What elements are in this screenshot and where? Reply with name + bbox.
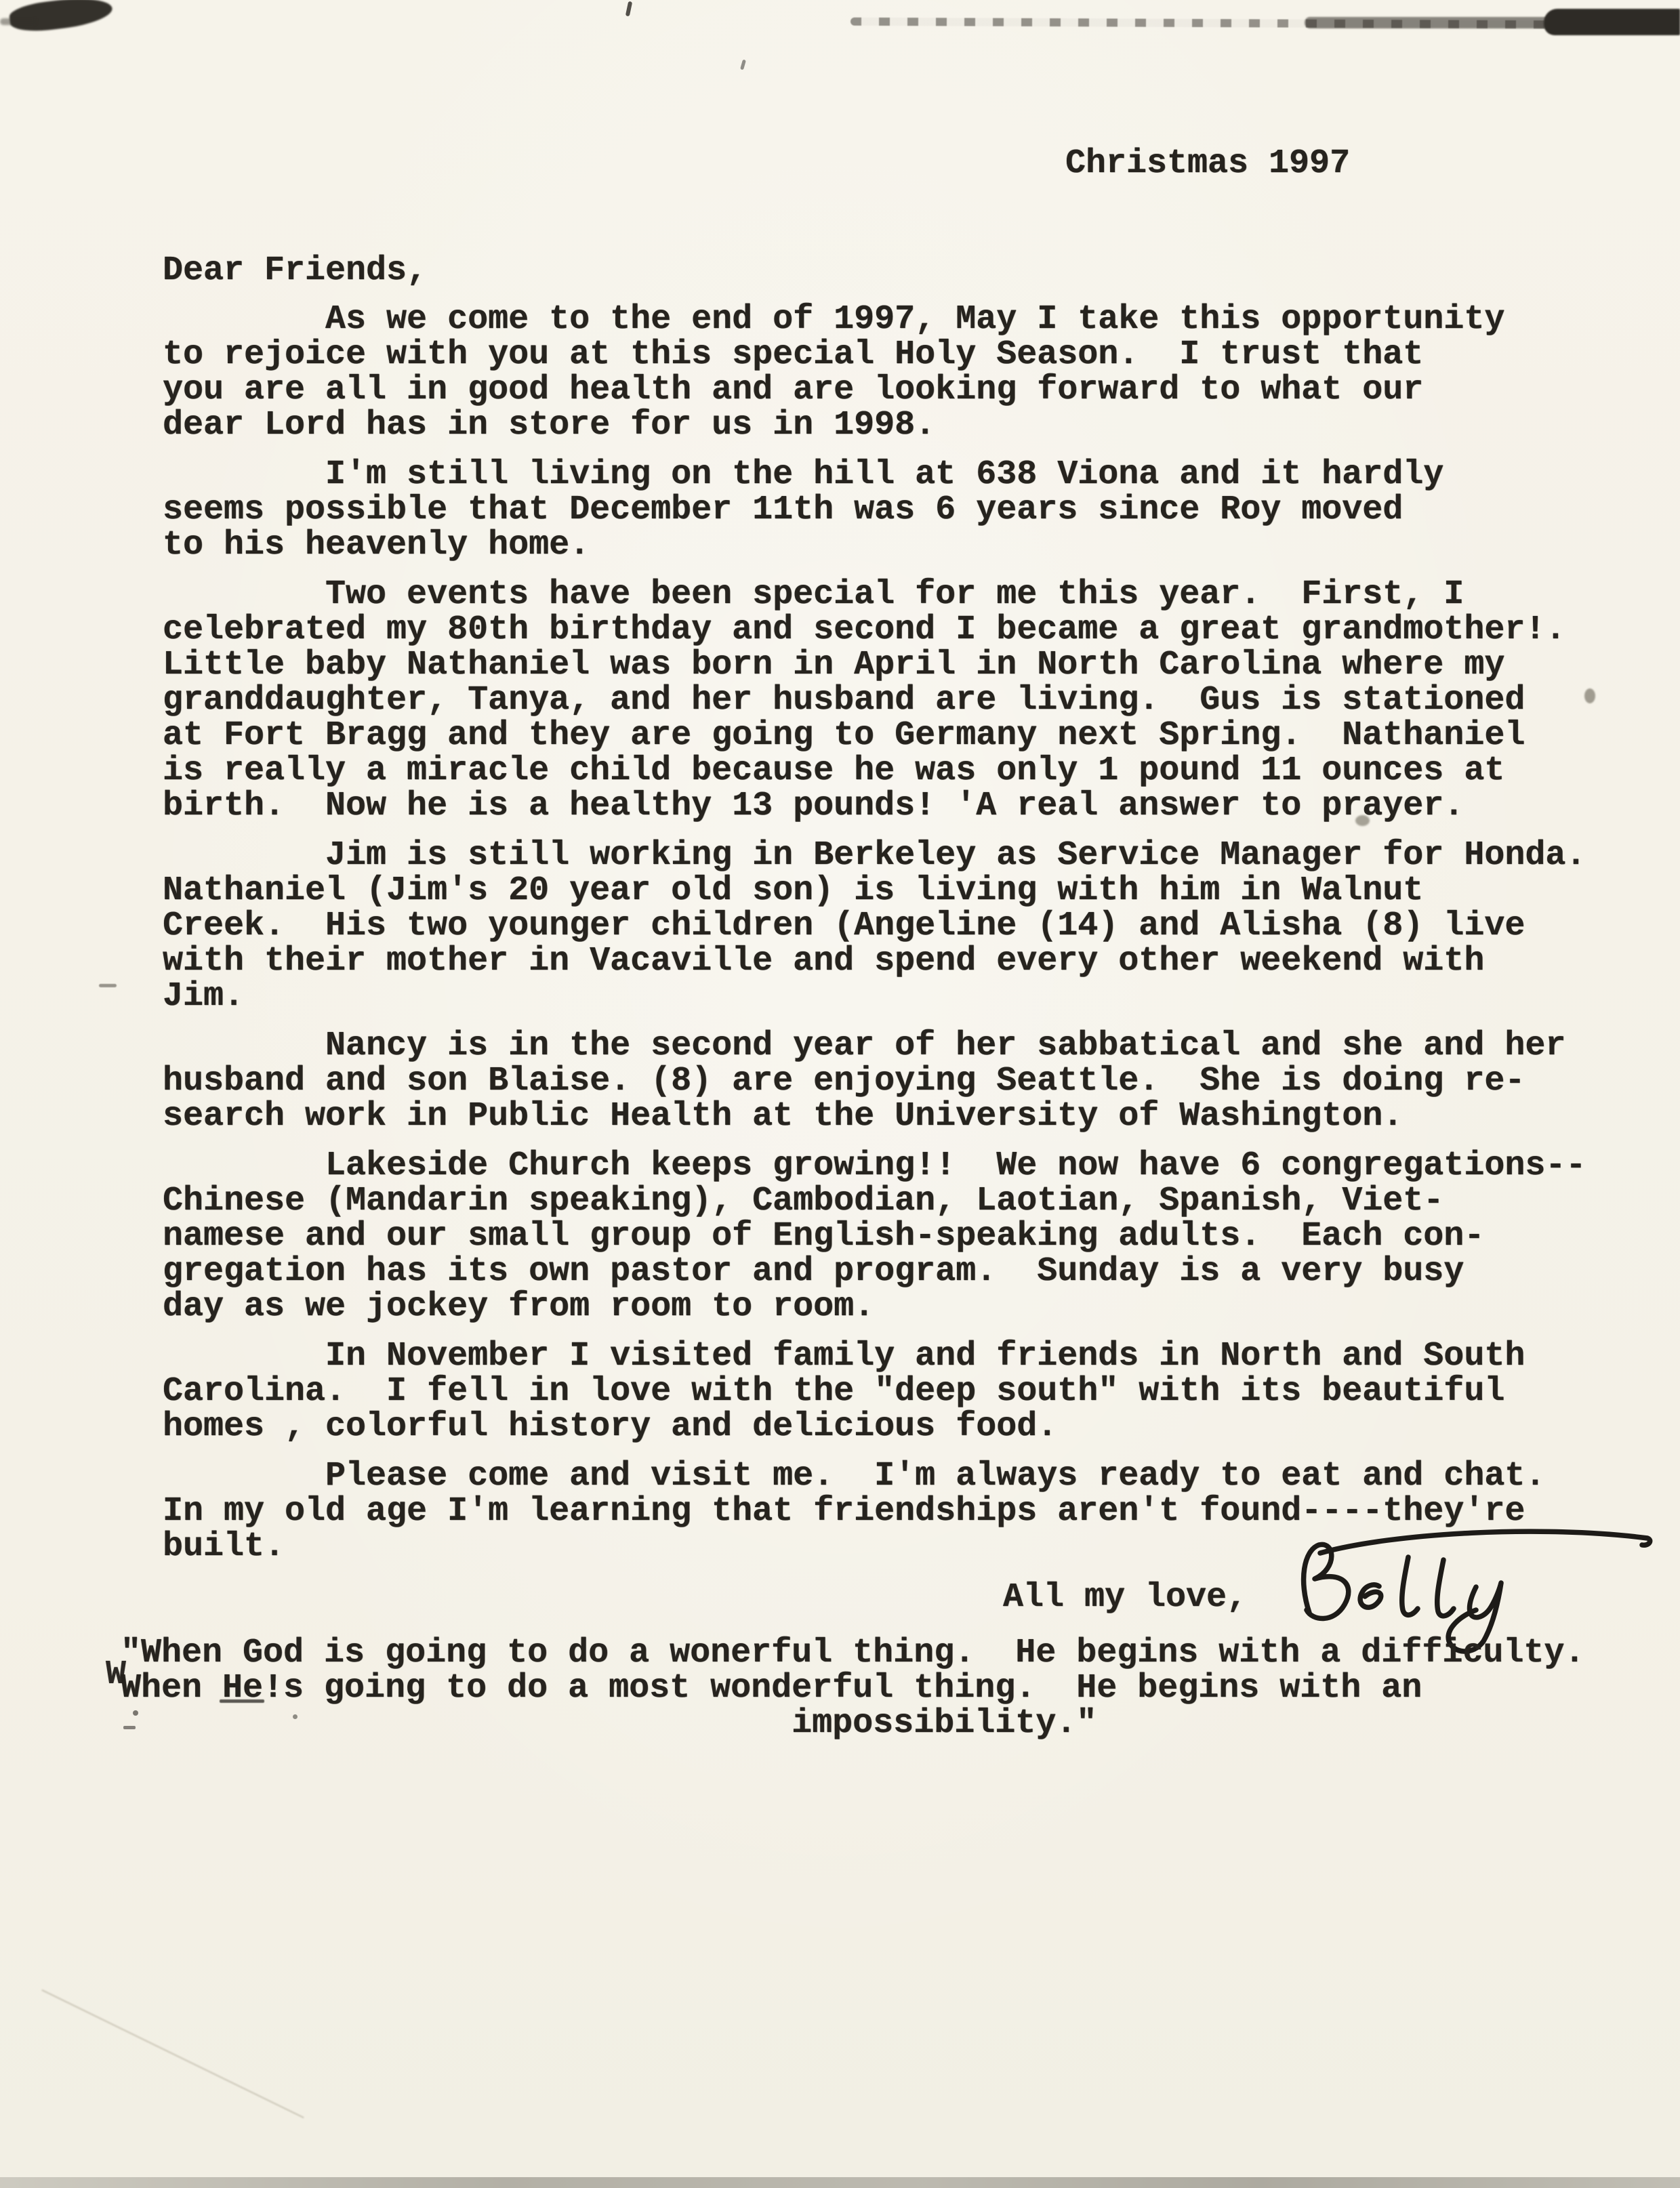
text-line: Please come and visit me. I'm always rea…: [163, 1459, 1586, 1494]
text-line: day as we jockey from room to room.: [163, 1289, 1586, 1325]
text-line: Lakeside Church keeps growing!! We now h…: [163, 1149, 1586, 1184]
scan-spot: [1584, 688, 1595, 703]
text-line: Nathaniel (Jim's 20 year old son) is liv…: [163, 873, 1586, 909]
scan-streak-top-right-mid: [1305, 17, 1555, 28]
text-line: As we come to the end of 1997, May I tak…: [163, 302, 1586, 337]
text-line: I'm still living on the hill at 638 Vion…: [163, 457, 1586, 493]
scanned-letter-page: Christmas 1997 Dear Friends, As we come …: [0, 0, 1680, 2188]
paragraph: Two events have been special for me this…: [163, 577, 1586, 824]
text-line: Chinese (Mandarin speaking), Cambodian, …: [163, 1184, 1586, 1219]
scan-dash-mark: [99, 984, 117, 987]
text-line: gregation has its own pastor and program…: [163, 1254, 1586, 1289]
text-line: Jim is still working in Berkeley as Serv…: [163, 838, 1586, 873]
paragraph: Nancy is in the second year of her sabba…: [163, 1029, 1586, 1134]
scan-edge-band: [0, 2177, 1680, 2188]
text-line: to his heavenly home.: [163, 528, 1586, 563]
text-line: In November I visited family and friends…: [163, 1339, 1586, 1374]
paragraph: In November I visited family and friends…: [163, 1339, 1586, 1445]
text-line: at Fort Bragg and they are going to Germ…: [163, 718, 1586, 754]
scan-smudge-top-left: [8, 0, 114, 35]
text-line: seems possible that December 11th was 6 …: [163, 493, 1586, 528]
paper-crease: [41, 1989, 304, 2118]
text-line: Jim.: [163, 979, 1586, 1014]
text-line: Creek. His two younger children (Angelin…: [163, 909, 1586, 944]
text-line: granddaughter, Tanya, and her husband ar…: [163, 683, 1586, 718]
text-line: Little baby Nathaniel was born in April …: [163, 648, 1586, 683]
text-line: Nancy is in the second year of her sabba…: [163, 1029, 1586, 1064]
date-line: Christmas 1997: [1065, 146, 1350, 182]
scan-speck: [740, 60, 746, 70]
salutation: Dear Friends,: [163, 253, 427, 289]
paragraph: Jim is still working in Berkeley as Serv…: [163, 838, 1586, 1014]
text-line: with their mother in Vacaville and spend…: [163, 944, 1586, 979]
letter-body: As we come to the end of 1997, May I tak…: [163, 302, 1586, 1579]
scan-streak-top-right: [851, 18, 1555, 29]
text-line: husband and son Blaise. (8) are enjoying…: [163, 1064, 1586, 1099]
text-line: birth. Now he is a healthy 13 pounds! 'A…: [163, 789, 1586, 824]
closing-line: All my love,: [1003, 1580, 1247, 1615]
scan-smudge-top-left-tail: [0, 18, 37, 25]
footer-quote: "When God is going to do a wonerful thin…: [121, 1636, 1584, 1741]
paragraph: I'm still living on the hill at 638 Vion…: [163, 457, 1586, 563]
text-line: impossibility.": [121, 1706, 1584, 1741]
text-line: homes , colorful history and delicious f…: [163, 1409, 1586, 1445]
text-line: dear Lord has in store for us in 1998.: [163, 408, 1586, 443]
text-line: When He!s going to do a most wonderful t…: [121, 1671, 1584, 1706]
paragraph: As we come to the end of 1997, May I tak…: [163, 302, 1586, 443]
text-line: you are all in good health and are looki…: [163, 373, 1586, 408]
scan-speck: [626, 1, 632, 17]
text-line: to rejoice with you at this special Holy…: [163, 337, 1586, 373]
text-line: namese and our small group of English-sp…: [163, 1219, 1586, 1254]
paragraph: Lakeside Church keeps growing!! We now h…: [163, 1149, 1586, 1325]
text-line: Carolina. I fell in love with the "deep …: [163, 1374, 1586, 1409]
text-line: search work in Public Health at the Univ…: [163, 1099, 1586, 1134]
text-line: is really a miracle child because he was…: [163, 754, 1586, 789]
text-line: "When God is going to do a wonerful thin…: [121, 1636, 1584, 1671]
text-line: celebrated my 80th birthday and second I…: [163, 613, 1586, 648]
scan-streak-top-right-dark: [1544, 9, 1680, 35]
text-line: Two events have been special for me this…: [163, 577, 1586, 613]
